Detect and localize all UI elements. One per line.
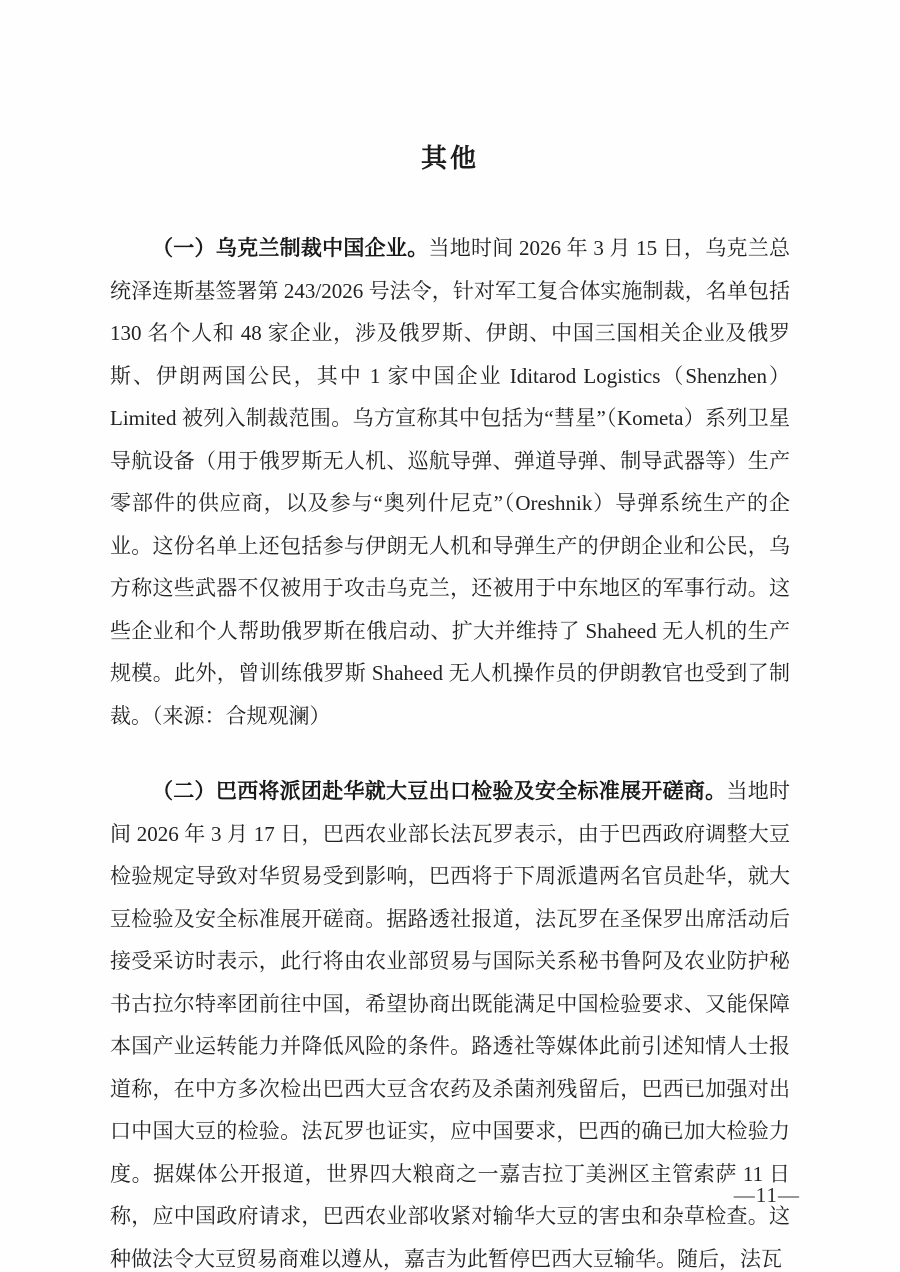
paragraph-body: 当地时间 2026 年 3 月 17 日，巴西农业部长法瓦罗表示，由于巴西政府调… (110, 779, 790, 1271)
paragraph-body: 当地时间 2026 年 3 月 15 日，乌克兰总统泽连斯基签署第 243/20… (110, 236, 790, 728)
paragraph-lead: （二）巴西将派团赴华就大豆出口检验及安全标准展开磋商。 (152, 779, 726, 803)
paragraph-lead: （一）乌克兰制裁中国企业。 (152, 236, 428, 260)
page-title: 其他 (110, 138, 790, 175)
document-page: 其他 （一）乌克兰制裁中国企业。当地时间 2026 年 3 月 15 日，乌克兰… (0, 0, 900, 1272)
page-number: —11— (734, 1183, 800, 1208)
paragraph-brazil-soybean: （二）巴西将派团赴华就大豆出口检验及安全标准展开磋商。当地时间 2026 年 3… (110, 770, 790, 1272)
paragraph-ukraine-sanctions: （一）乌克兰制裁中国企业。当地时间 2026 年 3 月 15 日，乌克兰总统泽… (110, 227, 790, 737)
